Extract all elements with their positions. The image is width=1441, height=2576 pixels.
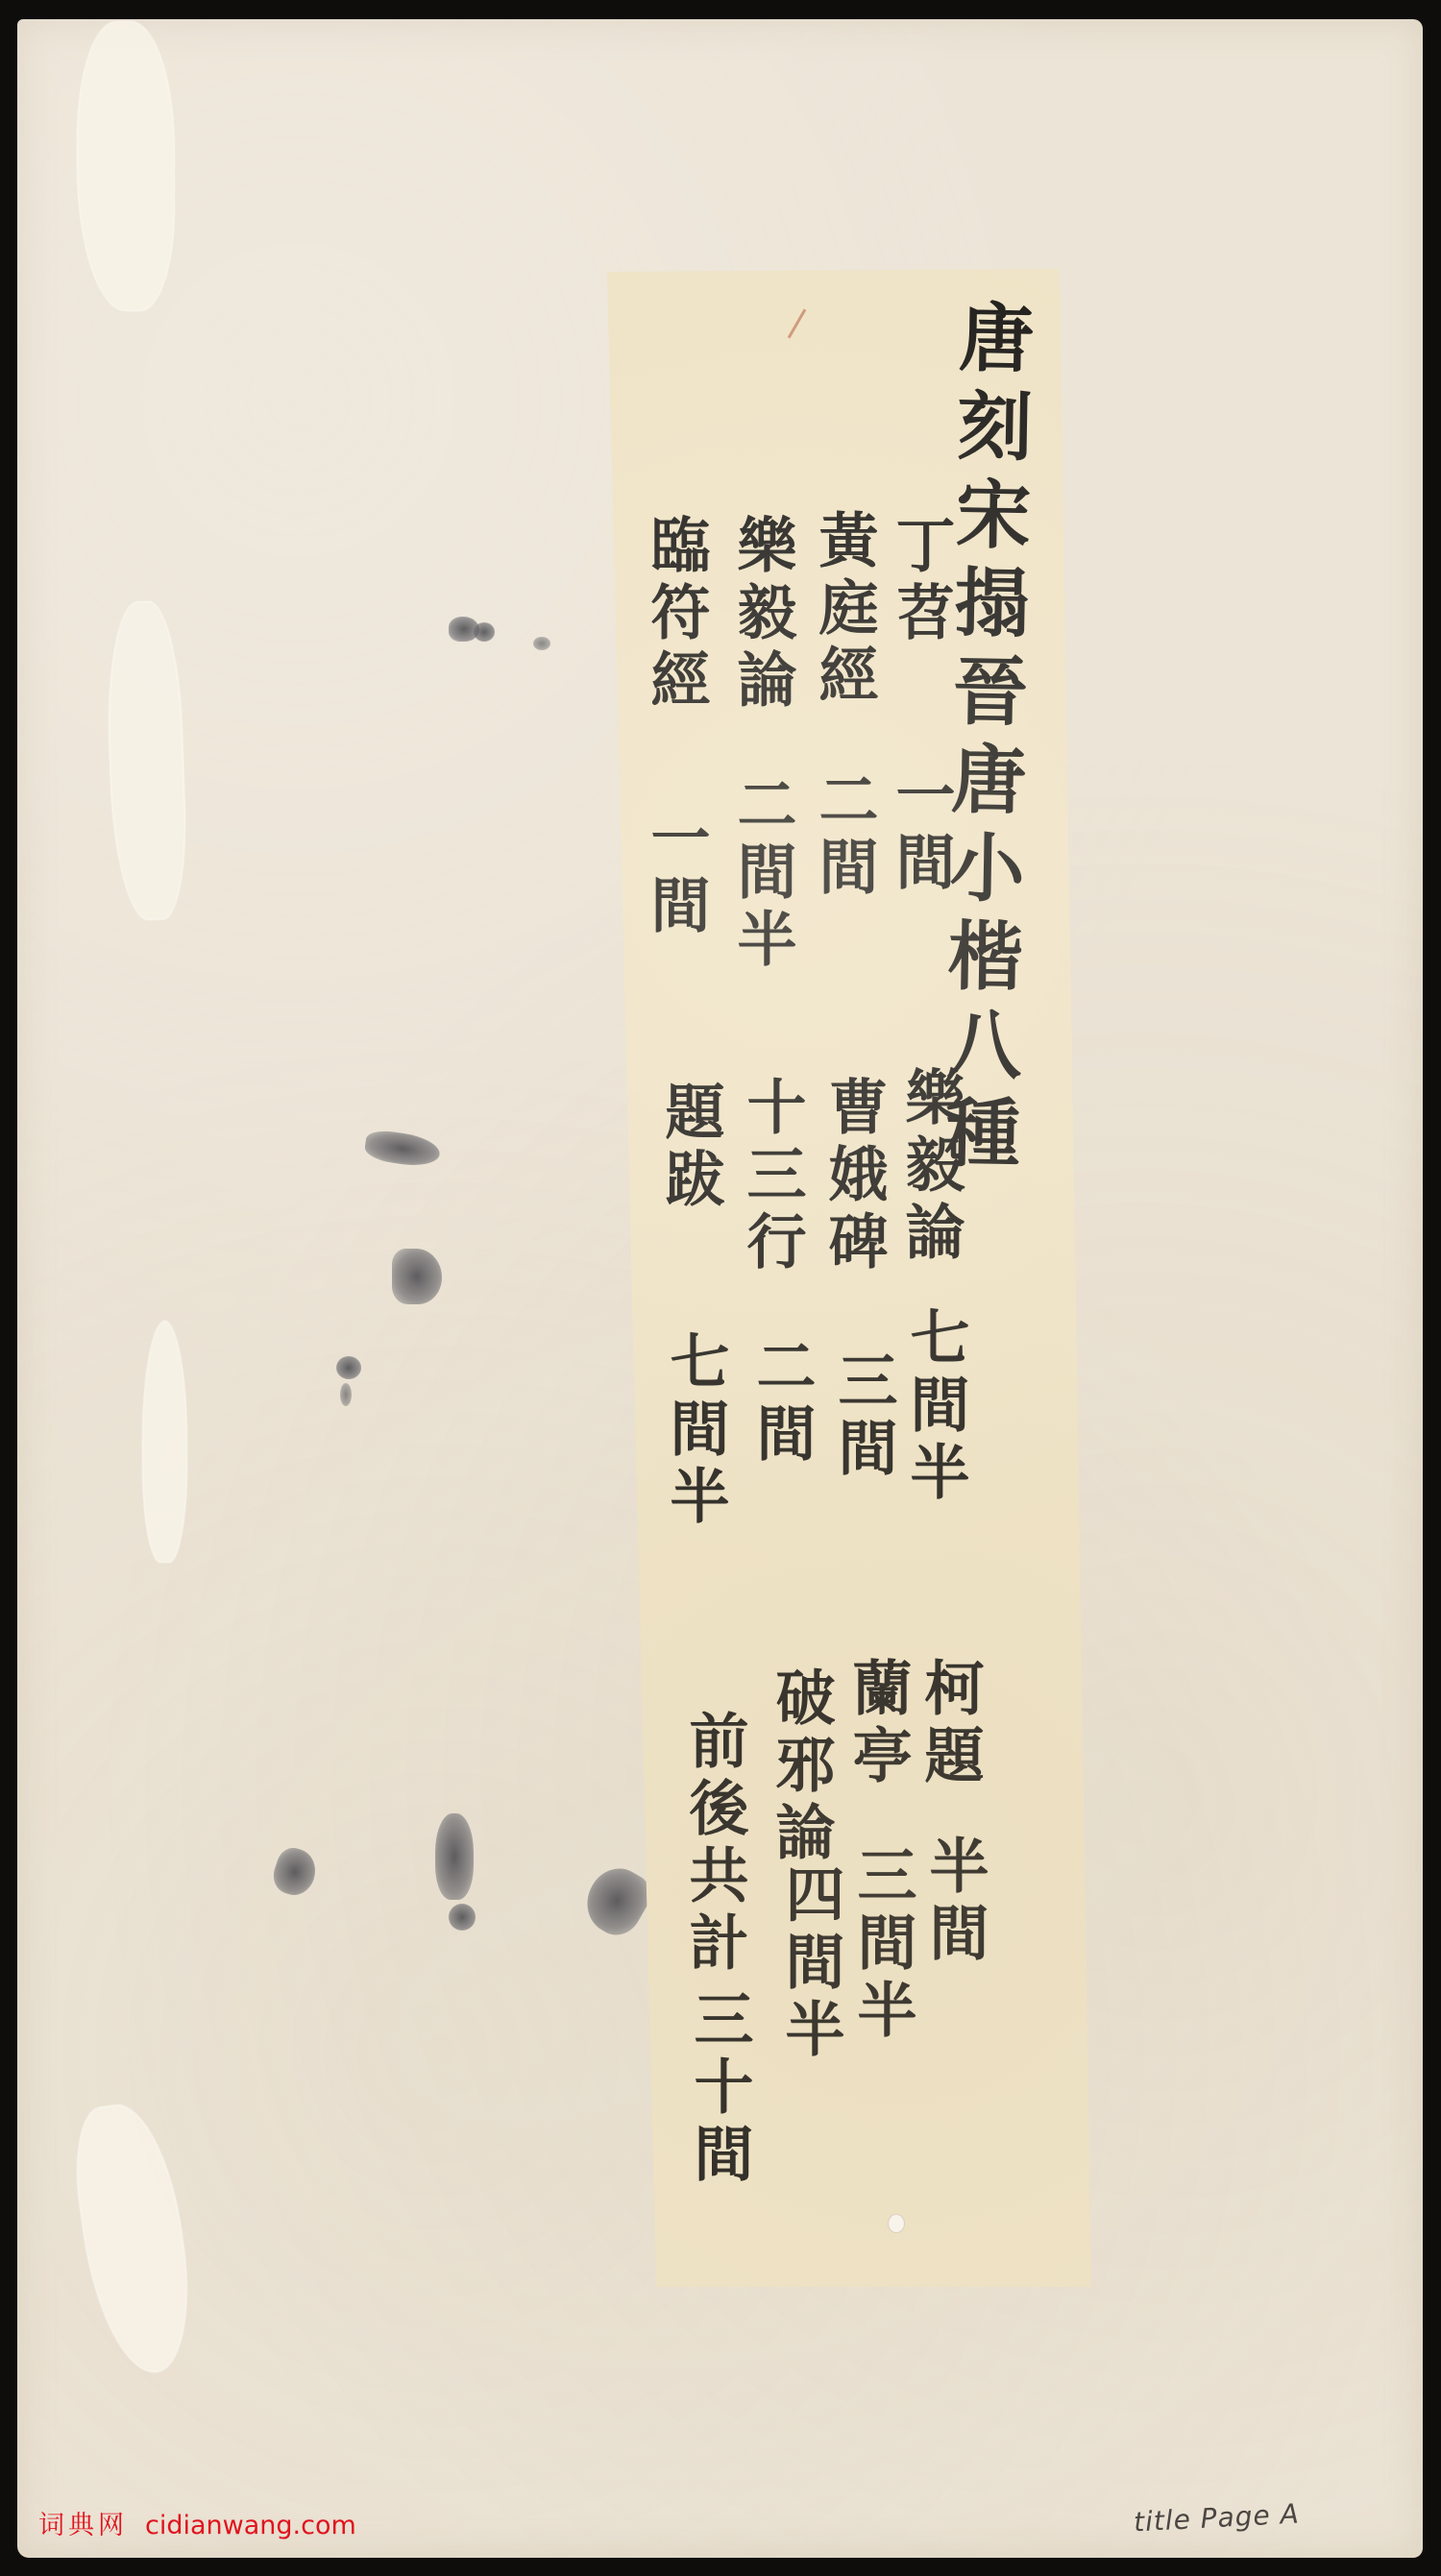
entry-length: 二間半 [732,773,792,975]
entry-length: 三間半 [852,1844,912,2046]
glue-residue-patch [142,1321,187,1563]
entry-length: 一間 [646,807,705,941]
entry-length: 二間 [814,768,873,903]
entry-item: 樂毅論 [900,1066,960,1268]
calligraphy-strip: 唐刻宋搨晉唐小楷八種 丁苕 一間 樂毅論 七間半 柯題 半間 黃庭經 二間 曹娥… [607,269,1092,2288]
entry-length: 三間 [833,1349,892,1484]
watermark-chinese: 词典网 [38,2511,128,2540]
entry-length: 三十間 [689,1988,748,2190]
pinhole [888,2214,905,2233]
ink-stain [533,637,550,650]
entry-item: 丁苕 [891,514,950,648]
glue-residue-patch [104,600,189,921]
glue-residue-patch [77,21,175,311]
entry-item: 破邪論 [770,1666,830,1868]
entry-item: 曹娥碑 [823,1076,883,1277]
ink-stain [340,1383,352,1406]
ink-stain [449,1904,476,1931]
entry-length: 四間半 [780,1863,840,2065]
ink-stain [435,1813,474,1900]
entry-length: 七間半 [905,1306,965,1508]
entry-length: 半間 [924,1835,984,1969]
glue-residue-patch [66,2098,201,2379]
entry-item: 樂毅論 [732,514,792,716]
entry-item: 十三行 [742,1076,801,1277]
ink-stain [392,1249,442,1304]
entry-item: 柯題 [919,1657,979,1791]
strip-title: 唐刻宋搨晉唐小楷八種 [938,298,1028,1182]
entry-length: 七間半 [665,1330,724,1532]
entry-item: 臨符經 [646,514,705,716]
site-watermark: 词典网cidianwang.com [38,2504,356,2541]
entry-item: 題跋 [660,1081,720,1215]
entry-length: 一間 [891,764,950,898]
watermark-url: cidianwang.com [145,2511,356,2540]
ink-stain [474,622,495,642]
ink-stain [336,1356,361,1379]
entry-length: 二間 [751,1335,811,1470]
entry-item: 黃庭經 [814,509,873,711]
entry-item: 蘭亭 [847,1657,907,1791]
entry-item: 前後共計 [684,1710,744,1979]
